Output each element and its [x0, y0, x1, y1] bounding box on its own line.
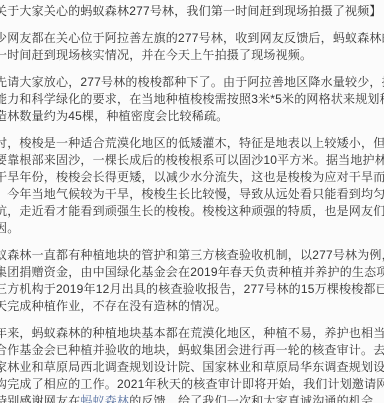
article-text: 关于大家关心的蚂蚁森林277号林，我们第一时间赶到现场拍摄了视频】 少网友都在关…	[0, 0, 384, 403]
paragraph: 蚁森林一直都有种植地块的管护和第三方核查验收机制，以277号林为例，它是由蚂 集…	[0, 247, 384, 315]
text-line: 合作基金会已种植并验收的地块，蚂蚁集团会进行再一轮的核查审计。去年已经委	[0, 342, 384, 359]
mention-link[interactable]: 蚂蚁森林	[80, 394, 129, 403]
text-line: 一时间赶到现场核实情况，并在今天上午拍摄了现场视频。	[0, 47, 384, 64]
text-line: 坑，走近看才能看到顽强生长的梭梭。梭梭这种顽强的特质，也是网友们喜欢它的	[0, 203, 384, 220]
paragraph: 年来，蚂蚁森林的种植地块基本都在荒漠化地区，种植不易，养护也相当不易。对 合作基…	[0, 325, 384, 403]
text-line: 家林业和草原局西北调查规划设计院、国家林业和草原局华东调查规划设计院等多	[0, 359, 384, 376]
text-line: 干旱年份，梭梭会长得更矮，以减少水分流失，这也是梭梭为应对干旱而进化出的特	[0, 169, 384, 186]
paragraph: 少网友都在关心位于阿拉善左旗的277号林，收到网友反馈后，蚂蚁森林的工作人员 一…	[0, 30, 384, 64]
footer-text-prefix: 特别感谢网友在	[0, 394, 80, 403]
text-line: 先请大家放心，277号林的梭梭都种下了。由于阿拉善地区降水量较少，按照生态承	[0, 74, 384, 91]
footer-line: 特别感谢网友在蚂蚁森林的反馈，给了我们一次和大家真诚沟通的机会，也表	[0, 393, 384, 403]
text-line: 集团捐赠资金，由中国绿化基金会在2019年春天负责种植并养护的生态项目。根据	[0, 264, 384, 281]
text-line: 因。	[0, 220, 384, 237]
paragraph: 先请大家放心，277号林的梭梭都种下了。由于阿拉善地区降水量较少，按照生态承 能…	[0, 74, 384, 125]
footer-text-suffix: 的反馈，给了我们一次和大家真诚沟通的机会，也表	[129, 394, 384, 403]
text-line: 三方机构于2019年12月出具的核查验收报告，277号林的15万棵梭梭都已在20…	[0, 281, 384, 298]
text-line: 时，梭梭是一种适合荒漠化地区的低矮灌木，特征是地表以上较矮小，但根扎得深	[0, 135, 384, 152]
text-line: 天完成种植作业，不存在没有造林的情况。	[0, 298, 384, 315]
text-line: 构完成了相应的工作。2021年秋天的核查审计即将开始，我们计划邀请网友共同参	[0, 376, 384, 393]
text-line: 要靠根部来固沙，一棵长成后的梭梭根系可以固沙10平方米。据当地护林员反馈，	[0, 152, 384, 169]
text-line: 少网友都在关心位于阿拉善左旗的277号林，收到网友反馈后，蚂蚁森林的工作人员	[0, 30, 384, 47]
text-line: 年来，蚂蚁森林的种植地块基本都在荒漠化地区，种植不易，养护也相当不易。对	[0, 325, 384, 342]
text-line: 。今年当地气候较为干旱，梭梭生长比较慢，导致从远处看只能看到均匀分布的种	[0, 186, 384, 203]
text-line: 能力和科学绿化的要求，在当地种植梭梭需按照3米*5米的网格状来规划种植，每亩	[0, 91, 384, 108]
text-line: 蚁森林一直都有种植地块的管护和第三方核查验收机制，以277号林为例，它是由蚂	[0, 247, 384, 264]
paragraph: 时，梭梭是一种适合荒漠化地区的低矮灌木，特征是地表以上较矮小，但根扎得深 要靠根…	[0, 135, 384, 237]
text-line: 造林数量约为45棵，种植密度会比较稀疏。	[0, 108, 384, 125]
paragraph-title: 关于大家关心的蚂蚁森林277号林，我们第一时间赶到现场拍摄了视频】	[0, 3, 384, 20]
title-line: 关于大家关心的蚂蚁森林277号林，我们第一时间赶到现场拍摄了视频】	[0, 3, 384, 20]
